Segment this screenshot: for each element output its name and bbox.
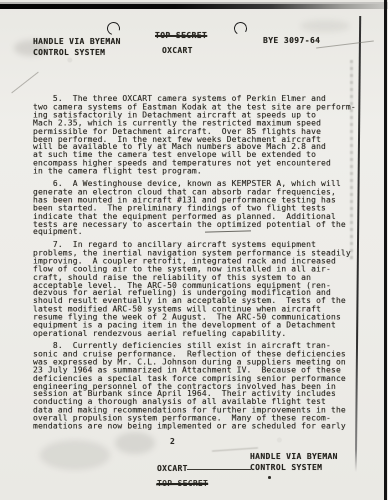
handling-caveat-bottom: HANDLE VIA BYEMAN CONTROL SYSTEM [250, 451, 338, 473]
smudge-bottom-left [40, 440, 110, 470]
hole-punch-right [233, 21, 248, 36]
handling-caveat-bottom-line2: CONTROL SYSTEM [250, 462, 338, 473]
pencil-mark-top-right [316, 40, 374, 48]
handling-caveat-top: HANDLE VIA BYEMAN CONTROL SYSTEM [33, 36, 121, 58]
document-page: HANDLE VIA BYEMAN CONTROL SYSTEM TOP SEC… [0, 0, 388, 500]
handling-caveat-top-line2: CONTROL SYSTEM [33, 47, 121, 58]
handling-caveat-top-line1: HANDLE VIA BYEMAN [33, 36, 121, 47]
control-number: BYE 3097-64 [263, 36, 320, 45]
footer-rule-line [187, 469, 251, 470]
ink-dot [268, 476, 271, 479]
paragraph-7: 7. In regard to ancillary aircraft syste… [33, 241, 363, 338]
smudge-top-right [300, 20, 350, 32]
paragraph-5: 5. The three OXCART camera systems of Pe… [33, 95, 363, 176]
codeword-stamp-top: OXCART [162, 46, 193, 55]
page-edge-line [384, 0, 387, 500]
pencil-mark-left [11, 72, 38, 94]
codeword-stamp-bottom: OXCART [157, 464, 188, 473]
classification-stamp-top: TOP SECRET [155, 31, 207, 40]
scan-edge-top [0, 2, 388, 9]
document-body: 5. The three OXCART camera systems of Pe… [33, 95, 363, 435]
smudge-bottom-center [115, 432, 155, 454]
hole-punch-left [105, 20, 123, 38]
handling-caveat-bottom-line1: HANDLE VIA BYEMAN [250, 451, 338, 462]
page-number: 2 [170, 437, 175, 446]
paragraph-6: 6. A Westinghouse device, known as KEMPS… [33, 180, 363, 236]
paragraph-8: 8. Currently deficiencies still exist in… [33, 342, 363, 431]
